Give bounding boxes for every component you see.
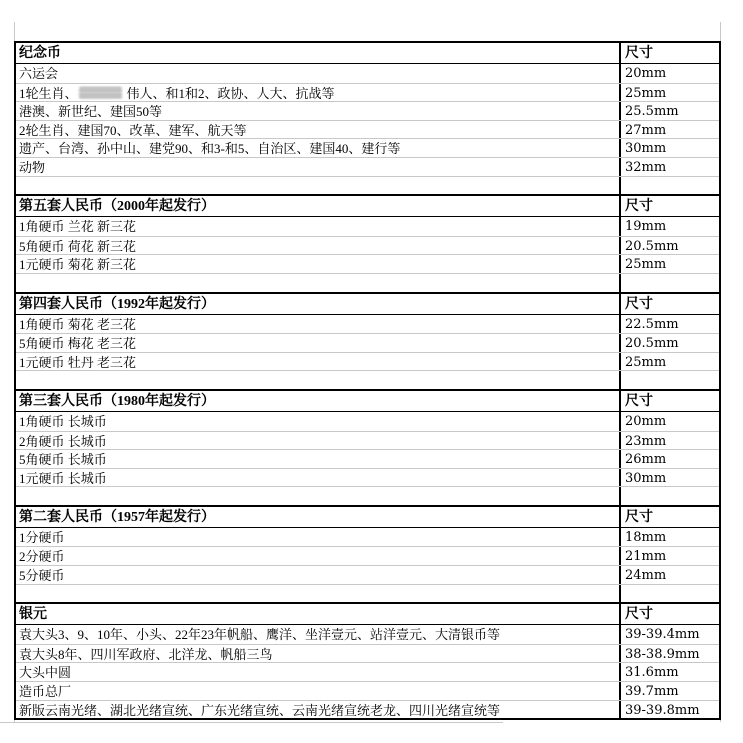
item-label: 袁大头8年、四川军政府、北洋龙、帆船三鸟 [16,645,621,663]
table-row: 1角硬币 菊花 老三花 22.5mm [16,315,719,334]
item-label: 六运会 [16,64,621,83]
empty-row [16,370,719,389]
size-column-header: 尺寸 [621,604,719,624]
item-label: 2分硬币 [16,547,621,565]
item-size: 30mm [621,139,719,157]
item-size: 20mm [621,412,719,431]
table-section: 纪念币 尺寸 六运会 20mm 1轮生肖、伟人、和1和2、政协、人大、抗战等 2… [14,41,721,196]
table-row: 1角硬币 长城币 20mm [16,412,719,431]
item-label: 5角硬币 荷花 新三花 [16,237,621,255]
section-header-row: 第二套人民币（1957年起发行） 尺寸 [16,507,719,528]
item-size: 25mm [621,255,719,273]
size-column-header: 尺寸 [621,507,719,527]
section-header-row: 第四套人民币（1992年起发行） 尺寸 [16,294,719,315]
item-size: 32mm [621,158,719,176]
item-label: 1元硬币 菊花 新三花 [16,255,621,273]
table-row: 1角硬币 兰花 新三花 19mm [16,217,719,236]
section-title: 第二套人民币（1957年起发行） [16,507,621,527]
item-label: 1角硬币 长城币 [16,412,621,431]
size-column-header: 尺寸 [621,196,719,216]
item-size [621,487,719,505]
item-size: 26mm [621,450,719,468]
table-section: 银元 尺寸 袁大头3、9、10年、小头、22年23年帆船、鹰洋、坐洋壹元、站洋壹… [14,602,721,720]
table-row: 遗产、台湾、孙中山、建党90、和3-和5、自治区、建国40、建行等 30mm [16,138,719,157]
item-size: 21mm [621,547,719,565]
table-row: 5角硬币 荷花 新三花 20.5mm [16,236,719,255]
redacted-blur [79,87,122,99]
coin-size-table: 纪念币 尺寸 六运会 20mm 1轮生肖、伟人、和1和2、政协、人大、抗战等 2… [14,41,721,720]
section-title: 纪念币 [16,43,621,63]
item-label: 5角硬币 梅花 老三花 [16,334,621,352]
item-label [16,487,621,505]
table-row: 新版云南光绪、湖北光绪宣统、广东光绪宣统、云南光绪宣统老龙、四川光绪宣统等 39… [16,700,719,719]
item-label: 遗产、台湾、孙中山、建党90、和3-和5、自治区、建国40、建行等 [16,139,621,157]
table-row: 5角硬币 长城币 26mm [16,449,719,468]
section-header-row: 纪念币 尺寸 [16,43,719,64]
item-label: 5角硬币 长城币 [16,450,621,468]
table-row: 2角硬币 长城币 23mm [16,431,719,450]
table-section: 第五套人民币（2000年起发行） 尺寸 1角硬币 兰花 新三花 19mm 5角硬… [14,194,721,293]
item-size: 31.6mm [621,663,719,681]
item-label: 1轮生肖、伟人、和1和2、政协、人大、抗战等 [16,84,621,102]
item-label: 1元硬币 长城币 [16,469,621,487]
table-row: 1分硬币 18mm [16,528,719,547]
table-row: 袁大头3、9、10年、小头、22年23年帆船、鹰洋、坐洋壹元、站洋壹元、大清银币… [16,625,719,644]
size-column-header: 尺寸 [621,391,719,411]
item-size [621,177,719,195]
item-label [16,371,621,389]
item-label: 1角硬币 菊花 老三花 [16,315,621,334]
item-size: 39-39.8mm [621,701,719,719]
empty-row [16,486,719,505]
item-size: 39-39.4mm [621,625,719,644]
item-size: 20mm [621,64,719,83]
item-size: 22.5mm [621,315,719,334]
table-row: 5角硬币 梅花 老三花 20.5mm [16,333,719,352]
spreadsheet-canvas: 纪念币 尺寸 六运会 20mm 1轮生肖、伟人、和1和2、政协、人大、抗战等 2… [0,0,743,743]
table-row: 动物 32mm [16,157,719,176]
item-size: 19mm [621,217,719,236]
item-size: 25.5mm [621,102,719,120]
item-label: 1角硬币 兰花 新三花 [16,217,621,236]
item-label: 造币总厂 [16,682,621,700]
section-header-row: 银元 尺寸 [16,604,719,625]
table-row: 1元硬币 菊花 新三花 25mm [16,254,719,273]
item-size: 25mm [621,353,719,371]
item-size: 24mm [621,566,719,584]
section-title: 银元 [16,604,621,624]
item-label: 动物 [16,158,621,176]
table-row: 2分硬币 21mm [16,546,719,565]
section-title: 第三套人民币（1980年起发行） [16,391,621,411]
section-header-row: 第三套人民币（1980年起发行） 尺寸 [16,391,719,412]
item-label [16,177,621,195]
table-row: 港澳、新世纪、建国50等 25.5mm [16,101,719,120]
item-label [16,274,621,292]
table-row: 1轮生肖、伟人、和1和2、政协、人大、抗战等 25mm [16,83,719,102]
table-row: 5分硬币 24mm [16,565,719,584]
item-size: 39.7mm [621,682,719,700]
item-label: 大头中圆 [16,663,621,681]
item-label: 2角硬币 长城币 [16,432,621,450]
section-title: 第五套人民币（2000年起发行） [16,196,621,216]
item-label [16,585,621,603]
section-header-row: 第五套人民币（2000年起发行） 尺寸 [16,196,719,217]
table-row: 1元硬币 牡丹 老三花 25mm [16,352,719,371]
size-column-header: 尺寸 [621,294,719,314]
item-size: 38-38.9mm [621,645,719,663]
item-size: 20.5mm [621,237,719,255]
table-section: 第二套人民币（1957年起发行） 尺寸 1分硬币 18mm 2分硬币 21mm … [14,505,721,604]
item-size: 23mm [621,432,719,450]
table-row: 1元硬币 长城币 30mm [16,468,719,487]
empty-row [16,273,719,292]
item-size: 27mm [621,121,719,139]
item-size: 30mm [621,469,719,487]
gridline-top-right [720,22,721,41]
item-label: 1分硬币 [16,528,621,547]
item-label: 袁大头3、9、10年、小头、22年23年帆船、鹰洋、坐洋壹元、站洋壹元、大清银币… [16,625,621,644]
item-size: 18mm [621,528,719,547]
table-row: 袁大头8年、四川军政府、北洋龙、帆船三鸟 38-38.9mm [16,644,719,663]
table-section: 第三套人民币（1980年起发行） 尺寸 1角硬币 长城币 20mm 2角硬币 长… [14,389,721,507]
item-label: 5分硬币 [16,566,621,584]
section-title: 第四套人民币（1992年起发行） [16,294,621,314]
table-section: 第四套人民币（1992年起发行） 尺寸 1角硬币 菊花 老三花 22.5mm 5… [14,292,721,391]
table-row: 2轮生肖、建国70、改革、建军、航天等 27mm [16,120,719,139]
item-size: 20.5mm [621,334,719,352]
item-label: 新版云南光绪、湖北光绪宣统、广东光绪宣统、云南光绪宣统老龙、四川光绪宣统等 [16,701,621,719]
item-size [621,274,719,292]
item-label: 1元硬币 牡丹 老三花 [16,353,621,371]
item-size [621,371,719,389]
item-label: 港澳、新世纪、建国50等 [16,102,621,120]
empty-row [16,584,719,603]
item-size: 25mm [621,84,719,102]
item-label: 2轮生肖、建国70、改革、建军、航天等 [16,121,621,139]
item-size [621,585,719,603]
gridline-bottom-row [0,722,503,723]
table-row: 六运会 20mm [16,64,719,83]
table-row: 造币总厂 39.7mm [16,681,719,700]
empty-row [16,176,719,195]
gridline-top-left [14,22,15,41]
table-row: 大头中圆 31.6mm [16,662,719,681]
size-column-header: 尺寸 [621,43,719,63]
